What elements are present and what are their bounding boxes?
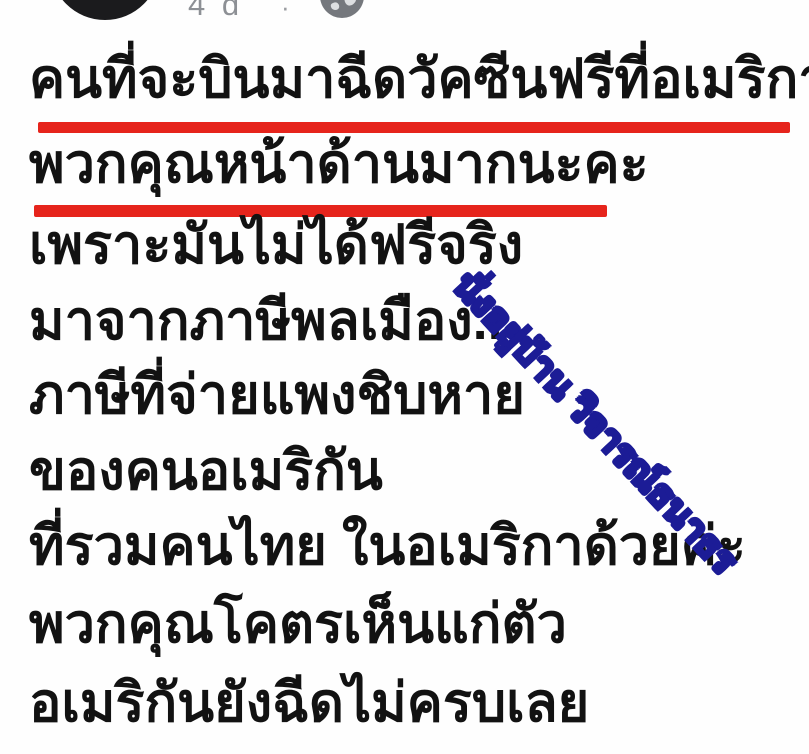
post-text-line: พวกคุณหน้าด้านมากนะคะ bbox=[29, 133, 649, 195]
post-text-line: ของคนอเมริกัน bbox=[29, 440, 383, 502]
avatar[interactable]: ✳ bbox=[50, 0, 160, 20]
post-text-line: มาจากภาษีพลเมือง.. bbox=[29, 290, 503, 352]
red-underline bbox=[38, 122, 790, 133]
post-text-line: เพราะมันไม่ได้ฟรีจริง bbox=[29, 214, 523, 276]
post-timestamp[interactable]: 4 d bbox=[188, 0, 243, 23]
post-text-line: พวกคุณโคตรเห็นแก่ตัว bbox=[29, 593, 567, 655]
globe-icon bbox=[319, 0, 365, 19]
post-text-line: ที่รวมคนไทย ในอเมริกาด้วยค่ะ bbox=[29, 515, 746, 577]
avatar-star-glyph: ✳ bbox=[110, 0, 128, 4]
post-text-line: อเมริกันยังฉีดไม่ครบเลย bbox=[29, 672, 589, 734]
meta-separator-dot: · bbox=[281, 0, 290, 23]
post-text-line: ภาษีที่จ่ายแพงชิบหาย bbox=[29, 364, 525, 426]
post-text-line: คนที่จะบินมาฉีดวัคซีนฟรีที่อเมริกา bbox=[29, 48, 809, 110]
